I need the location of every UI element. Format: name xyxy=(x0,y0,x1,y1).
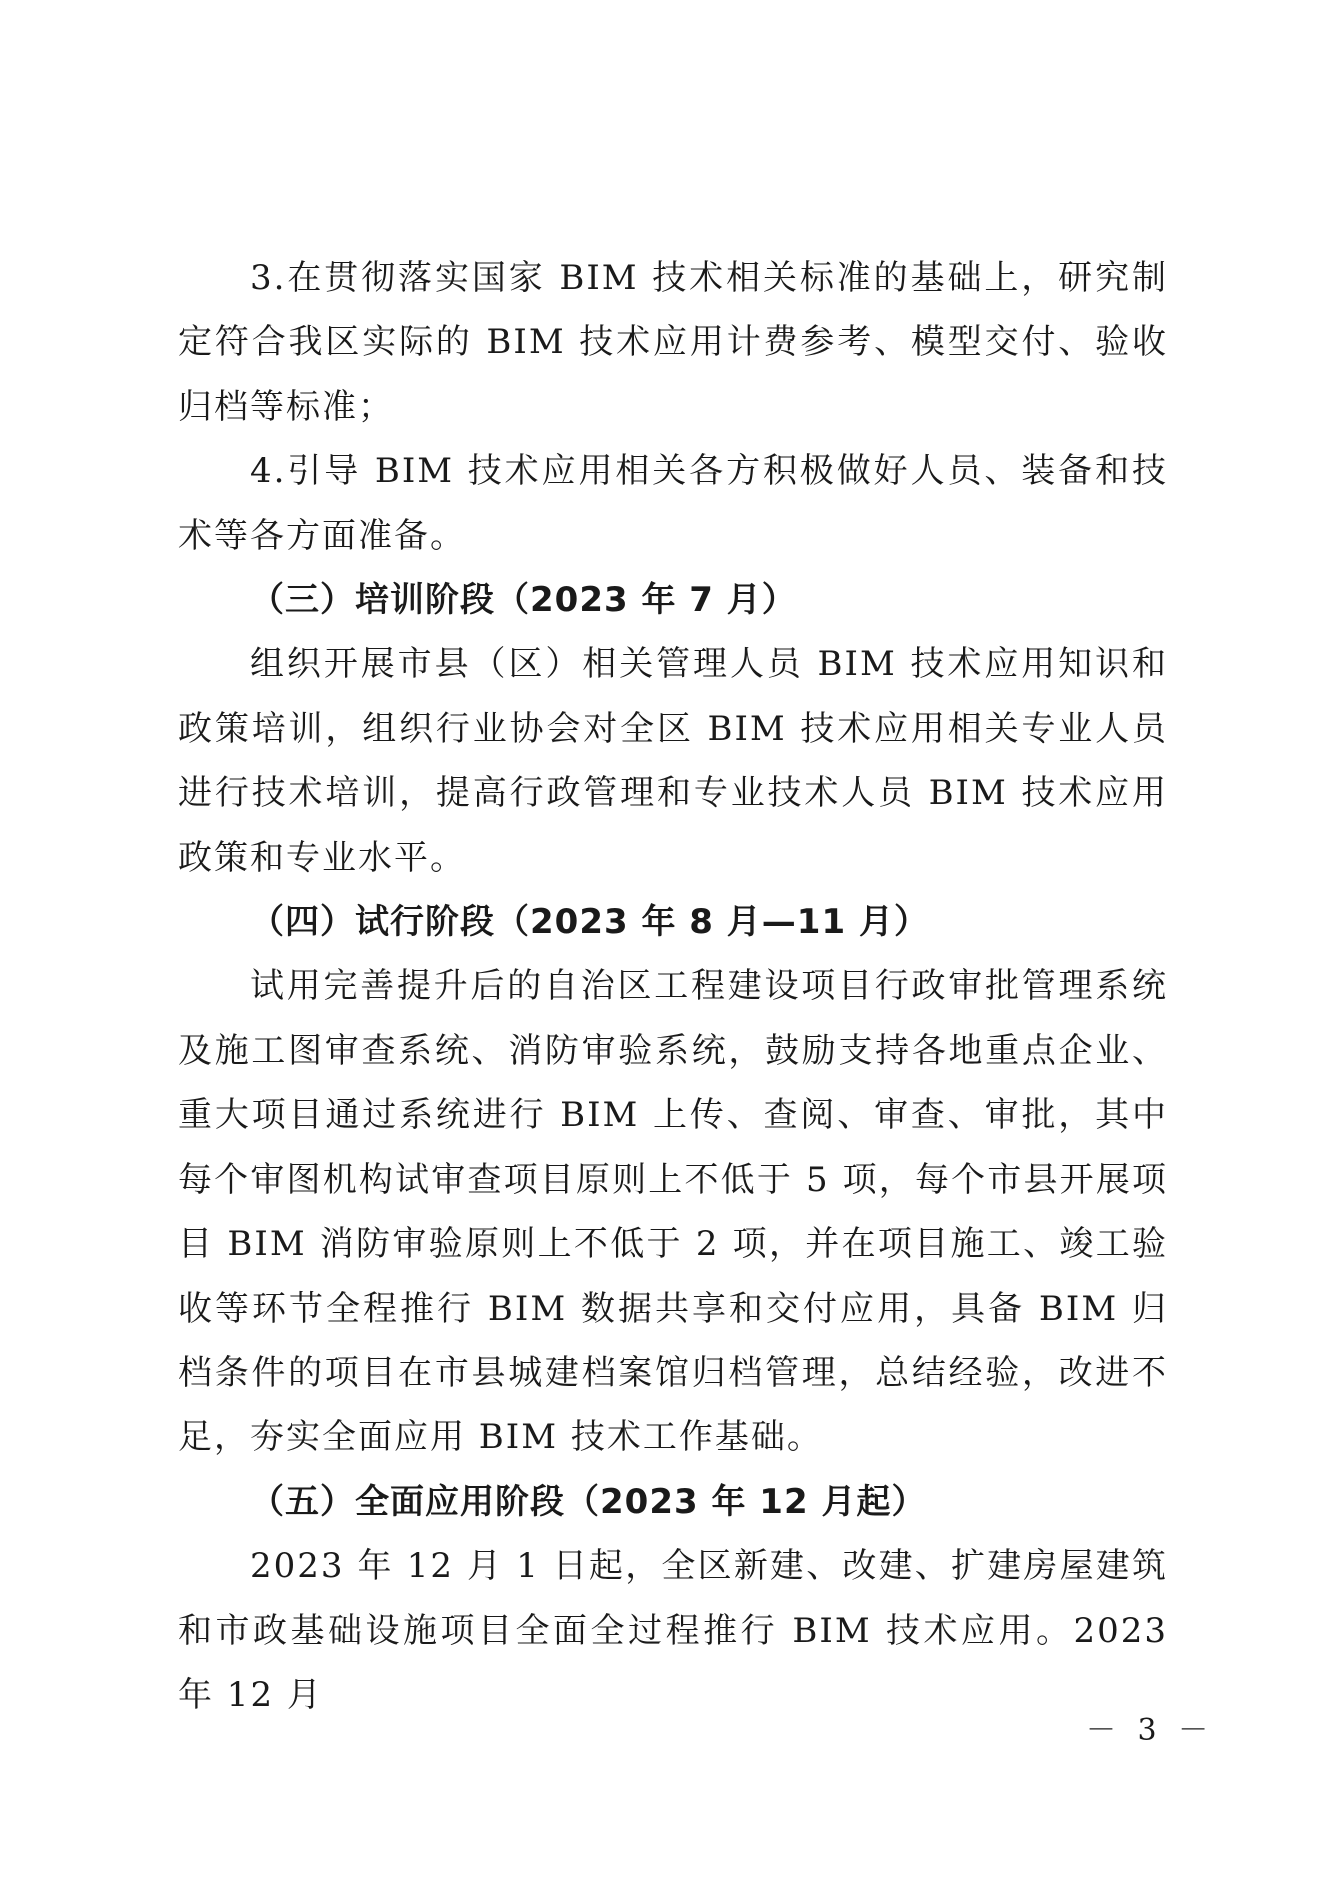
section-heading-full-application-stage: （五）全面应用阶段（2023 年 12 月起） xyxy=(178,1470,1168,1534)
section-heading-training-stage: （三）培训阶段（2023 年 7 月） xyxy=(178,568,1168,632)
paragraph-item-4: 4.引导 BIM 技术应用相关各方积极做好人员、装备和技术等各方面准备。 xyxy=(178,439,1168,568)
section-heading-trial-stage: （四）试行阶段（2023 年 8 月—11 月） xyxy=(178,890,1168,954)
paragraph-full-application-stage: 2023 年 12 月 1 日起，全区新建、改建、扩建房屋建筑和市政基础设施项目… xyxy=(178,1534,1168,1727)
document-page-body: 3.在贯彻落实国家 BIM 技术相关标准的基础上，研究制定符合我区实际的 BIM… xyxy=(178,246,1168,1727)
paragraph-item-3: 3.在贯彻落实国家 BIM 技术相关标准的基础上，研究制定符合我区实际的 BIM… xyxy=(178,246,1168,439)
paragraph-training-stage: 组织开展市县（区）相关管理人员 BIM 技术应用知识和政策培训，组织行业协会对全… xyxy=(178,632,1168,890)
paragraph-trial-stage: 试用完善提升后的自治区工程建设项目行政审批管理系统及施工图审查系统、消防审验系统… xyxy=(178,954,1168,1469)
page-number: － 3 － xyxy=(1086,1705,1214,1749)
